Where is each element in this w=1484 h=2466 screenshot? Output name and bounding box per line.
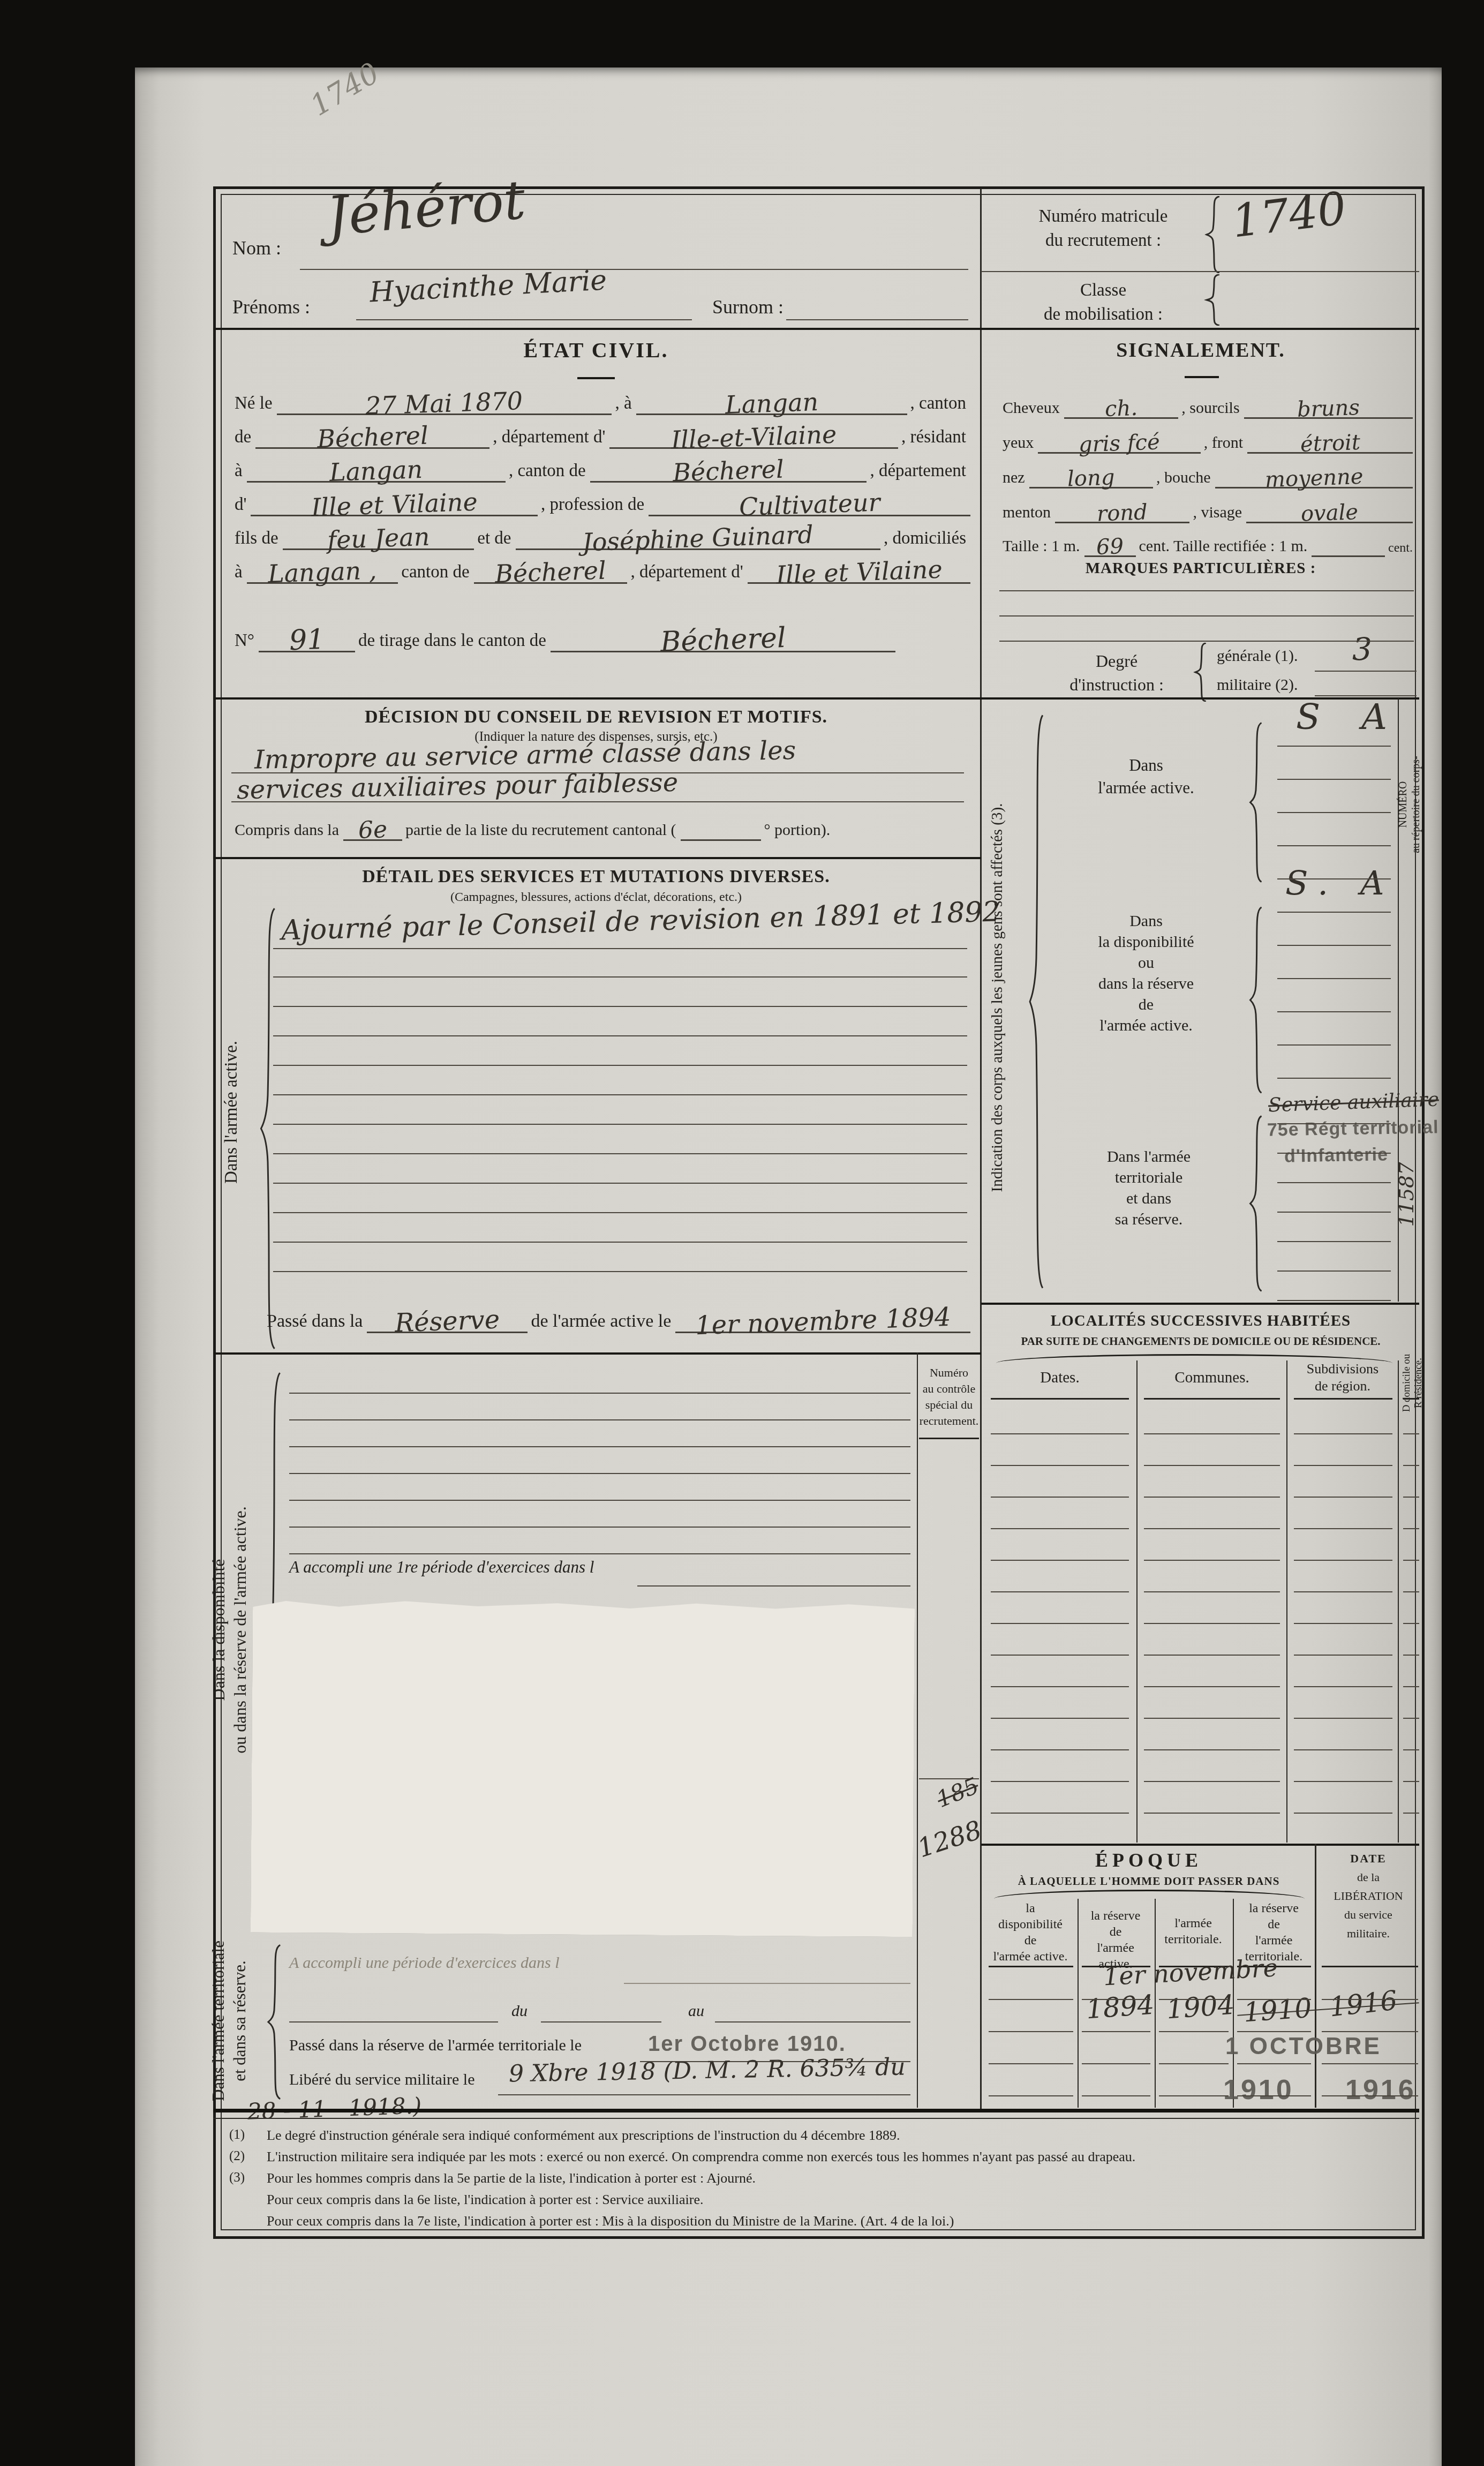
etat-civil-print: , canton [907, 394, 970, 415]
ruled-line [999, 590, 1414, 591]
ruled-line [273, 1212, 967, 1213]
etat-civil-print: de [231, 427, 255, 449]
handwritten-value: feu Jean [327, 527, 430, 551]
nom-label: Nom : [232, 237, 281, 259]
signalement-value: ovale [1246, 503, 1413, 523]
localites-row-line [1144, 1686, 1280, 1687]
tirage-label: de tirage dans le canton de [355, 631, 551, 652]
localites-row-line [1144, 1433, 1280, 1434]
etat-civil-print: , canton de [506, 461, 590, 483]
corps-active-label: Dans l'armée active. [1071, 754, 1221, 799]
localites-row-line [1144, 1718, 1280, 1719]
ruled-line [1277, 1300, 1391, 1301]
handwritten-value: Langan [329, 459, 423, 483]
etat-civil-handwriting: Joséphine Guinard [516, 527, 881, 550]
footnotes-top-rule-thin [213, 2118, 1419, 2119]
etat-civil-handwriting: Ille-et-Vilaine [609, 426, 898, 449]
etat-civil-print: , domiciliés [880, 529, 970, 550]
localites-col-subdivisions: Subdivisions de région. [1292, 1360, 1393, 1395]
epoque-hw-1894: 1894 [1085, 1989, 1155, 2025]
ruled-line [273, 1065, 967, 1066]
etat-civil-print: , profession de [538, 495, 649, 516]
signalement-label: yeux [999, 434, 1038, 454]
epoque-row-line [1082, 2095, 1150, 2096]
handwritten-value: ch. [1105, 399, 1138, 418]
classe-label: Classe de mobilisation : [1001, 279, 1205, 327]
localites-row-line [1403, 1749, 1419, 1750]
epoque-col3-header: l'armée territoriale. [1156, 1915, 1231, 1948]
ruled-line [1277, 1011, 1391, 1012]
localites-row-line [991, 1465, 1129, 1466]
etat-civil-handwriting: Cultivateur [649, 493, 970, 516]
taille-rectifiee-label: cent. Taille rectifiée : 1 m. [1136, 537, 1312, 557]
corps-territoriale-label: Dans l'armée territoriale et dans sa rés… [1071, 1146, 1226, 1230]
etat-civil-handwriting: feu Jean [283, 527, 474, 550]
localites-divider-2 [1286, 1360, 1287, 1843]
stamp-1-octobre: 1 OCTOBRE [1225, 2033, 1382, 2060]
au-label: au [688, 2002, 704, 2020]
signalement-label: , front [1201, 434, 1247, 454]
etat-civil-line: fils defeu Jeanet deJoséphine Guinard, d… [231, 517, 970, 550]
localites-row-line [1403, 1528, 1419, 1529]
ruled-line [273, 1242, 967, 1243]
localites-row-line [1403, 1433, 1419, 1434]
localites-row-line [1403, 1560, 1419, 1561]
compris-label-3: ° portion). [761, 821, 835, 841]
etat-civil-handwriting: Bécherel [474, 561, 628, 584]
localites-top-rule [981, 1303, 1419, 1305]
localites-row-line [1144, 1781, 1280, 1782]
marques-label: MARQUES PARTICULIÈRES : [1040, 560, 1361, 577]
handwritten-value: Bécherel [317, 425, 428, 449]
localites-col-dates: Dates. [991, 1369, 1129, 1387]
taille-row: Taille : 1 m. 69 cent. Taille rectifiée … [999, 526, 1417, 557]
ruled-line [273, 976, 967, 978]
localites-col-side: D domicile ou R résidence. [1401, 1324, 1425, 1442]
localites-row-line [1403, 1465, 1419, 1466]
epoque-divider-2 [1155, 1899, 1156, 2108]
handwritten-value: Bécherel [495, 560, 607, 584]
ruled-line [289, 1553, 910, 1554]
ruled-line [999, 615, 1414, 616]
handwritten-value: 27 Mai 1870 [365, 390, 523, 417]
localites-row-line [1144, 1655, 1280, 1656]
footnote-text: L'instruction militaire sera indiquée pa… [267, 2149, 1135, 2165]
localites-row-line [991, 1528, 1129, 1529]
epoque-row-line [1322, 2095, 1418, 2096]
signalement-value: rond [1055, 503, 1189, 523]
localites-head-rule-2 [1144, 1398, 1280, 1400]
handwritten-value: moyenne [1264, 468, 1364, 489]
localites-row-line [1403, 1655, 1419, 1656]
services-title: DÉTAIL DES SERVICES ET MUTATIONS DIVERSE… [275, 867, 917, 887]
du-au-rule-3 [715, 2021, 910, 2023]
decision-rule2 [231, 801, 964, 802]
localites-row-line [991, 1623, 1129, 1624]
degre-generale-value: 3 [1352, 631, 1372, 667]
footnote-text: Pour les hommes compris dans la 5e parti… [267, 2170, 756, 2186]
signalement-value: bruns [1244, 399, 1413, 419]
services-side-brace [258, 906, 277, 1351]
etat-civil-handwriting: Ille et Vilaine [748, 561, 970, 584]
epoque-row-line [1082, 1999, 1150, 2000]
localites-row-line [991, 1813, 1129, 1814]
epoque-subtitle: À LAQUELLE L'HOMME DOIT PASSER DANS [988, 1875, 1309, 1888]
localites-row-line [1144, 1528, 1280, 1529]
ruled-line [273, 1124, 967, 1125]
ruled-line [273, 1035, 967, 1036]
header-column-divider [980, 189, 982, 2109]
pasted-paper-patch [251, 1598, 915, 1937]
matricule-label: Numéro matricule du recrutement : [1001, 205, 1205, 253]
degre-brace [1193, 643, 1208, 702]
degre-militaire-label: militaire (2). [1217, 676, 1298, 694]
localites-row-line [1144, 1623, 1280, 1624]
localites-row-line [1294, 1497, 1392, 1498]
localites-row-line [1403, 1623, 1419, 1624]
taille-value: 69 [1096, 537, 1124, 557]
localites-row-line [1403, 1781, 1419, 1782]
localites-row-line [1294, 1560, 1392, 1561]
localites-row-line [1403, 1591, 1419, 1592]
footnote-number: (1) [229, 2127, 245, 2142]
degre-generale-label: générale (1). [1217, 647, 1298, 665]
epoque-row-line [1159, 2095, 1229, 2096]
signalement-value: ch. [1064, 399, 1179, 419]
signalement-row: nezlong, bouchemoyenne [999, 456, 1413, 488]
ruled-line [273, 1006, 967, 1007]
du-au-rule-1 [289, 2021, 498, 2023]
accompli-2-label: A accompli une période d'exercices dans … [289, 1954, 560, 1972]
localites-row-line [991, 1433, 1129, 1434]
etat-civil-print: , résidant [898, 427, 970, 449]
footnote-text: Pour ceux compris dans la 6e liste, l'in… [267, 2192, 704, 2208]
corps-dispo-label: Dans la disponibilité ou dans la réserve… [1066, 911, 1226, 1036]
nom-line [300, 269, 968, 270]
epoque-hw-1904: 1904 [1165, 1989, 1236, 2025]
handwritten-value: étroit [1300, 433, 1360, 454]
localites-row-line [1144, 1591, 1280, 1592]
controle-header: Numéro au contrôle spécial du recrutemen… [918, 1365, 980, 1429]
localites-row-line [1403, 1686, 1419, 1687]
etat-civil-handwriting: Bécherel [255, 426, 489, 449]
header-bottom-rule [213, 328, 1419, 330]
etat-civil-line: àLangan ,canton deBécherel, département … [231, 551, 970, 584]
stamp-1910: 1910 [1223, 2074, 1294, 2106]
localites-head-rule-3 [1294, 1398, 1392, 1400]
signalement-title-dash [1185, 376, 1219, 378]
handwritten-value: Langan , [268, 560, 378, 584]
corps-active-value: S A [1296, 696, 1402, 738]
ruled-line [1277, 1153, 1391, 1154]
epoque-row-line [1322, 2031, 1418, 2032]
epoque-row-line [1082, 2063, 1150, 2064]
handwritten-value: Ille et Vilaine [311, 492, 478, 518]
etat-civil-line: Né le27 Mai 1870, àLangan, canton [231, 382, 970, 415]
ruled-line [1277, 1270, 1391, 1272]
footnote-text: Pour ceux compris dans la 7e liste, l'in… [267, 2213, 954, 2229]
ruled-line [289, 1419, 910, 1420]
localites-row-line [1144, 1497, 1280, 1498]
taille-label: Taille : 1 m. [999, 537, 1084, 557]
ruled-line [289, 1473, 910, 1474]
compris-label-2: partie de la liste du recrutement canton… [402, 821, 681, 841]
localites-row-line [1144, 1749, 1280, 1750]
signalement-title: SIGNALEMENT. [1061, 339, 1340, 362]
compris-label-1: Compris dans la [231, 821, 343, 841]
ruled-line [1277, 845, 1391, 846]
ruled-line [273, 1094, 967, 1095]
corps-side-label: Indication des corps auxquels les jeunes… [989, 703, 1006, 1292]
localites-row-line [1144, 1813, 1280, 1814]
epoque-divider-1 [1078, 1899, 1079, 2108]
localites-row-line [1144, 1465, 1280, 1466]
handwritten-value: Bécherel [673, 458, 785, 483]
handwritten-value: long [1067, 468, 1115, 488]
handwritten-value: gris fcé [1079, 433, 1161, 454]
passe-territoriale-stamp: 1er Octobre 1910. [648, 2032, 846, 2056]
epoque-row-line [1237, 2095, 1311, 2096]
scanned-register-page: 1740 Nom : Jéhérot Prénoms : Hyacinthe M… [0, 0, 1484, 2466]
signalement-label: menton [999, 503, 1055, 523]
tirage-no-value: 91 [289, 628, 325, 652]
localites-row-line [991, 1686, 1129, 1687]
footnotes-top-rule [213, 2109, 1419, 2112]
tirage-no-label: N° [231, 631, 259, 652]
etat-civil-print: et de [474, 529, 515, 550]
ruled-line [289, 1446, 910, 1447]
handwritten-value: rond [1097, 503, 1148, 523]
handwritten-value: Ille-et-Vilaine [671, 424, 837, 451]
prenoms-label: Prénoms : [232, 296, 310, 318]
ruled-line [1277, 1123, 1391, 1124]
epoque-head-rule-1 [989, 1966, 1073, 1967]
localites-head-rule-4 [1403, 1398, 1419, 1400]
du-au-rule-2 [541, 2021, 661, 2023]
footnote-number: (2) [229, 2149, 245, 2164]
ruled-line [1277, 1044, 1391, 1046]
ruled-line [289, 1500, 910, 1501]
etat-civil-title: ÉTAT CIVIL. [489, 337, 703, 363]
ruled-line [273, 1271, 967, 1272]
ruled-line [1277, 912, 1391, 913]
localites-row-line [991, 1591, 1129, 1592]
passe-territoriale-label: Passé dans la réserve de l'armée territo… [289, 2036, 582, 2055]
localites-row-line [1294, 1749, 1392, 1750]
header-right-divider [981, 271, 1419, 272]
etat-civil-print: , à [612, 394, 636, 415]
localites-subtitle: PAR SUITE DE CHANGEMENTS DE DOMICILE OU … [992, 1335, 1410, 1348]
ruled-line [1277, 1241, 1391, 1242]
localites-row-line [991, 1560, 1129, 1561]
localites-row-line [1294, 1686, 1392, 1687]
signalement-label: Cheveux [999, 399, 1064, 419]
handwritten-value: Ille et Vilaine [775, 559, 943, 586]
signalement-value: étroit [1247, 433, 1413, 454]
stamp-1916: 1916 [1345, 2074, 1416, 2106]
localites-divider-1 [1136, 1360, 1138, 1843]
localites-row-line [1294, 1623, 1392, 1624]
signalement-label: , visage [1189, 503, 1246, 523]
ruled-line [1277, 1212, 1391, 1213]
etat-civil-handwriting: Langan [247, 460, 506, 483]
epoque-row-line [989, 2095, 1073, 2096]
corps-active-brace [1248, 722, 1264, 883]
epoque-row-line [989, 2031, 1073, 2032]
ruled-line [1277, 812, 1391, 813]
etat-civil-print: canton de [398, 562, 473, 584]
taille-cent-label: cent. [1385, 541, 1417, 557]
ruled-line [289, 1393, 910, 1394]
localites-row-line [1294, 1591, 1392, 1592]
etat-civil-print: à [231, 461, 247, 483]
controle-header-rule [919, 1438, 979, 1439]
accompli-2-rule [624, 1983, 910, 1984]
epoque-date-header: DATE de la LIBÉRATION du service militai… [1319, 1849, 1418, 1943]
localites-row-line [1144, 1560, 1280, 1561]
etat-civil-line: d'Ille et Vilaine, profession deCultivat… [231, 483, 970, 516]
epoque-date-divider [1315, 1844, 1316, 2108]
degre-label: Degré d'instruction : [1044, 649, 1189, 696]
libere-label: Libéré du service militaire le [289, 2071, 475, 2089]
localites-row-line [1403, 1718, 1419, 1719]
etat-civil-handwriting: 27 Mai 1870 [277, 392, 612, 415]
etat-civil-print: Né le [231, 394, 277, 415]
signalement-label: , bouche [1153, 469, 1215, 488]
localites-row-line [991, 1718, 1129, 1719]
localites-row-line [1294, 1718, 1392, 1719]
signalement-label: nez [999, 469, 1029, 488]
compris-value: 6e [358, 820, 387, 840]
epoque-head-rule-5 [1322, 1966, 1418, 1967]
epoque-row-line [989, 2063, 1073, 2064]
signalement-row: yeuxgris fcé, frontétroit [999, 422, 1413, 454]
passe-label-1: Passé dans la [263, 1311, 367, 1333]
etat-civil-print: , département d' [627, 562, 747, 584]
ruled-line [1277, 978, 1391, 979]
epoque-row-line [1159, 2031, 1229, 2032]
epoque-row-line [1082, 2031, 1150, 2032]
ruled-line [273, 1153, 967, 1154]
signalement-row: mentonrond, visageovale [999, 491, 1413, 523]
decision-title: DÉCISION DU CONSEIL DE REVISION ET MOTIF… [275, 707, 917, 727]
localites-head-rule-1 [991, 1398, 1129, 1400]
etat-civil-handwriting: Langan [636, 392, 907, 415]
corps-dispo-value: S. A [1285, 863, 1395, 903]
epoque-row-line [1237, 2031, 1311, 2032]
corps-territoriale-brace [1248, 1115, 1264, 1292]
controle-column-divider [917, 1352, 918, 2108]
epoque-row-line [1322, 2063, 1418, 2064]
classe-brace [1204, 274, 1222, 326]
localites-row-line [1294, 1781, 1392, 1782]
localites-row-line [1294, 1465, 1392, 1466]
etat-civil-print: fils de [231, 529, 283, 550]
epoque-col1-header: la disponibilité de l'armée active. [985, 1900, 1075, 1965]
signalement-value: long [1029, 468, 1153, 488]
ruled-line [1277, 1078, 1391, 1079]
passe-reserve-line: Passé dans la Réserve de l'armée active … [263, 1288, 970, 1333]
passe-value-1: Réserve [395, 1309, 500, 1335]
ruled-line [1277, 945, 1391, 946]
etat-civil-line: deBécherel, département d'Ille-et-Vilain… [231, 416, 970, 449]
ruled-line [1277, 746, 1391, 747]
localites-divider-3 [1398, 1360, 1399, 1843]
epoque-row-line [1237, 2063, 1311, 2064]
corps-dispo-brace [1248, 906, 1264, 1094]
handwritten-value: Langan [725, 392, 818, 416]
etat-civil-handwriting: Bécherel [590, 460, 867, 483]
localites-title: LOCALITÉS SUCCESSIVES HABITÉES [992, 1312, 1410, 1330]
passe-label-2: de l'armée active le [528, 1311, 675, 1333]
surnom-label: Surnom : [712, 296, 784, 318]
compris-line: Compris dans la 6e partie de la liste du… [231, 810, 960, 841]
localites-row-line [1294, 1528, 1392, 1529]
epoque-title: ÉPOQUE [988, 1849, 1309, 1871]
handwritten-value: ovale [1301, 503, 1359, 523]
corps-territoriale-side-number: 11587 [1395, 1146, 1418, 1243]
etat-civil-print: , département d' [489, 427, 609, 449]
epoque-row-line [1237, 1999, 1311, 2000]
etat-civil-line: àLangan, canton deBécherel, département [231, 449, 970, 483]
section-rule-2525 [213, 1352, 981, 1355]
accompli-1-rule [637, 1585, 910, 1587]
signalement-row: Cheveuxch., sourcilsbruns [999, 387, 1413, 419]
localites-row-line [991, 1749, 1129, 1750]
localites-row-line [1403, 1497, 1419, 1498]
tirage-value: Bécherel [660, 626, 786, 654]
etat-civil-print: d' [231, 495, 251, 516]
territoriale-side-brace [266, 1944, 283, 2100]
handwritten-value: Cultivateur [739, 492, 880, 517]
disponibilite-side-label: Dans la disponibilité ou dans la réserve… [208, 1357, 251, 1903]
signalement-value: gris fcé [1038, 433, 1200, 454]
matricule-brace [1204, 196, 1222, 273]
signalement-value: moyenne [1215, 468, 1413, 488]
localites-row-line [991, 1655, 1129, 1656]
etat-civil-handwriting: Langan , [247, 561, 398, 584]
localites-col-communes: Communes. [1144, 1369, 1280, 1387]
prenoms-line [356, 319, 692, 320]
degre-generale-line [1315, 671, 1417, 672]
epoque-row-line [1159, 1999, 1229, 2000]
du-label: du [511, 2002, 528, 2020]
etat-civil-print: , département [867, 461, 970, 483]
corps-side-brace [1027, 712, 1045, 1291]
section-rule-1300 [213, 697, 1419, 700]
ruled-line [273, 1183, 967, 1184]
surnom-line [786, 319, 968, 320]
etat-civil-title-dash [577, 377, 615, 379]
accompli-1-label: A accompli une 1re période d'exercices d… [289, 1558, 594, 1577]
handwritten-value: bruns [1297, 399, 1360, 419]
footnote-number: (3) [229, 2170, 245, 2185]
localites-row-line [991, 1497, 1129, 1498]
etat-civil-print: à [231, 562, 247, 584]
section-rule-1600 [213, 857, 981, 859]
passe-value-2: 1er novembre 1894 [695, 1306, 951, 1337]
localites-row-line [1403, 1813, 1419, 1814]
libere-rule [498, 2094, 910, 2095]
epoque-row-line [1322, 1999, 1418, 2000]
handwritten-value: Joséphine Guinard [582, 524, 814, 553]
ruled-line [1277, 1182, 1391, 1183]
tirage-line: N° 91 de tirage dans le canton de Bécher… [231, 616, 895, 652]
services-entry-rule [273, 948, 967, 949]
localites-row-line [1294, 1655, 1392, 1656]
localites-row-line [1294, 1433, 1392, 1434]
epoque-row-line [989, 1999, 1073, 2000]
